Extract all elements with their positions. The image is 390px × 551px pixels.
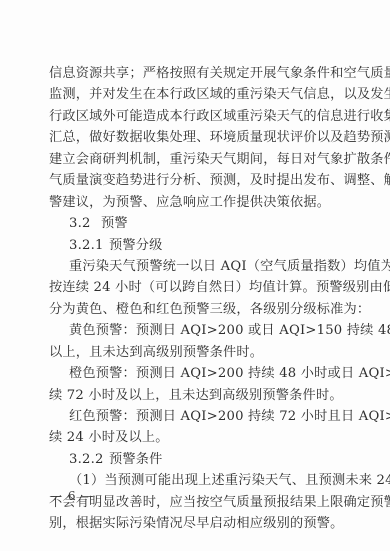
text-line: 按连续 24 小时（可以跨自然日）均值计算。预警级别由低到高 bbox=[49, 277, 336, 298]
text-line: 监测，并对发生在本行政区域的重污染天气信息，以及发生在本 bbox=[49, 84, 336, 105]
paragraph-warning-levels: 重污染天气预警统一以日 AQI（空气质量指数）均值为指标， 按连续 24 小时（… bbox=[49, 256, 336, 320]
text-line: 橙色预警：预测日 AQI>200 持续 48 小时或日 AQI>150 持 bbox=[49, 363, 336, 384]
section-heading-3-2-2: 3.2.2预警条件 bbox=[49, 449, 336, 470]
section-number: 3.2.2 bbox=[69, 449, 109, 470]
page-number: — 6 — bbox=[50, 489, 94, 503]
document-body: 信息资源共享；严格按照有关规定开展气象条件和空气质量日常 监测，并对发生在本行政… bbox=[49, 63, 336, 535]
text-line: 分为黄色、橙色和红色预警三级，各级别分级标准为： bbox=[49, 299, 336, 320]
text-line: 重污染天气预警统一以日 AQI（空气质量指数）均值为指标， bbox=[49, 256, 336, 277]
text-line: 续 24 小时及以上。 bbox=[49, 427, 336, 448]
text-line: 建立会商研判机制，重污染天气期间，每日对气象扩散条件和空 bbox=[49, 149, 336, 170]
section-number: 3.2 bbox=[69, 213, 101, 234]
text-line: 以上，且未达到高级别预警条件时。 bbox=[49, 342, 336, 363]
text-line: 气质量演变趋势进行分析、预测，及时提出发布、调整、解除预 bbox=[49, 170, 336, 191]
section-title: 预警条件 bbox=[109, 452, 163, 467]
paragraph-info-sharing: 信息资源共享；严格按照有关规定开展气象条件和空气质量日常 监测，并对发生在本行政… bbox=[49, 63, 336, 213]
text-line: 行政区域外可能造成本行政区域重污染天气的信息进行收集和 bbox=[49, 106, 336, 127]
paragraph-red-warning: 红色预警：预测日 AQI>200 持续 72 小时且日 AQI>300 持 续 … bbox=[49, 406, 336, 449]
text-line: 汇总，做好数据收集处理、环境质量现状评价以及趋势预测工作； bbox=[49, 127, 336, 148]
paragraph-yellow-warning: 黄色预警：预测日 AQI>200 或日 AQI>150 持续 48 小时及 以上… bbox=[49, 320, 336, 363]
section-heading-3-2: 3.2预警 bbox=[49, 213, 336, 234]
section-heading-3-2-1: 3.2.1预警分级 bbox=[49, 235, 336, 256]
document-page: 信息资源共享；严格按照有关规定开展气象条件和空气质量日常 监测，并对发生在本行政… bbox=[0, 0, 390, 551]
text-line: 续 72 小时及以上，且未达到高级别预警条件时。 bbox=[49, 385, 336, 406]
text-line: 警建议，为预警、应急响应工作提供决策依据。 bbox=[49, 192, 336, 213]
section-number: 3.2.1 bbox=[69, 235, 109, 256]
text-line: 别，根据实际污染情况尽早启动相应级别的预警。 bbox=[49, 513, 336, 534]
text-line: 红色预警：预测日 AQI>200 持续 72 小时且日 AQI>300 持 bbox=[49, 406, 336, 427]
paragraph-orange-warning: 橙色预警：预测日 AQI>200 持续 48 小时或日 AQI>150 持 续 … bbox=[49, 363, 336, 406]
text-line: 信息资源共享；严格按照有关规定开展气象条件和空气质量日常 bbox=[49, 63, 336, 84]
section-title: 预警分级 bbox=[109, 238, 163, 253]
section-title: 预警 bbox=[101, 216, 128, 231]
text-line: 黄色预警：预测日 AQI>200 或日 AQI>150 持续 48 小时及 bbox=[49, 320, 336, 341]
